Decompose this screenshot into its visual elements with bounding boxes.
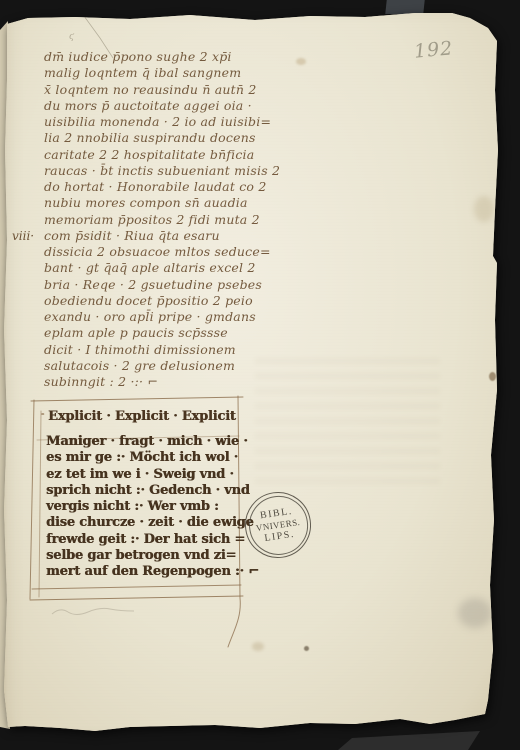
margin-numeral: viii·: [12, 229, 34, 243]
parchment-stain: [474, 196, 494, 222]
manuscript-page: 192 ϛ viii· dm̄ iudice p̄pono sughe 2 xp…: [0, 0, 520, 750]
latin-line: do hortat · Honorabile laudat co 2: [44, 179, 274, 195]
verse-line: vergis nicht :· Wer vmb :: [46, 499, 241, 515]
latin-line: salutacois · 2 gre delusionem: [44, 358, 274, 374]
parchment-stain: [252, 642, 264, 651]
latin-line: bant · gt q̄aq̄ aple altaris excel 2: [44, 260, 274, 276]
manuscript-photo: 192 ϛ viii· dm̄ iudice p̄pono sughe 2 xp…: [0, 0, 520, 750]
latin-line: caritate 2 2 hospitalitate bn̄ficia: [44, 147, 274, 163]
latin-line: dissicia 2 obsuacoe mltos seduce=: [44, 244, 274, 260]
latin-text-block: dm̄ iudice p̄pono sughe 2 xp̄i malig loq…: [44, 49, 274, 390]
latin-line: bria · Reqe · 2 gsuetudine psebes: [44, 277, 274, 293]
german-verse-block: Maniger · fragt · mich · wie · es mir ge…: [46, 434, 241, 581]
latin-line: obediendu docet p̄positio 2 peio: [44, 293, 274, 309]
page-wrapper: 192 ϛ viii· dm̄ iudice p̄pono sughe 2 xp…: [0, 0, 520, 750]
verse-line: sprich nicht :· Gedench · vnd: [46, 483, 241, 499]
explicit-header: Explicit · Explicit · Explicit: [48, 409, 240, 424]
latin-line: dicit · I thimothi dimissionem: [44, 342, 274, 358]
verse-line: selbe gar betrogen vnd zi=: [46, 548, 241, 564]
library-stamp: BIBL. VNIVERS. LIPS.: [241, 488, 316, 563]
latin-line: malig loqntem q̄ ibal sangnem: [44, 65, 274, 81]
latin-line: nubiu mores compon sn̄ auadia: [44, 195, 274, 211]
verse-line: es mir ge :· Möcht ich wol ·: [46, 450, 241, 466]
latin-line: eplam aple p paucis scp̄ssse: [44, 325, 274, 341]
pencil-mark: ϛ: [69, 32, 74, 42]
stamp-line: BIBL.: [259, 506, 293, 521]
verse-line: Maniger · fragt · mich · wie ·: [46, 434, 241, 450]
verse-line: ez tet im we i · Sweig vnd ·: [46, 467, 241, 483]
latin-line: memoriam p̄positos 2 fidi muta 2: [44, 212, 274, 228]
latin-line: com p̄sidit · Riua q̄ta esaru: [44, 228, 274, 244]
ink-stain: [296, 58, 306, 65]
folio-number: 192: [413, 37, 454, 62]
latin-line: dm̄ iudice p̄pono sughe 2 xp̄i: [44, 49, 274, 65]
latin-line: exandu · oro apl̄i pripe · gmdans: [44, 309, 274, 325]
verso-show-through: [255, 358, 440, 493]
latin-line: lia 2 nnobilia suspirandu docens: [44, 130, 274, 146]
latin-line: raucas · b̄t inctis subueniant misis 2: [44, 163, 274, 179]
smudge-stain: [458, 598, 492, 628]
verse-line: mert auf den Regenpogen :· ⌐: [46, 564, 241, 580]
latin-line: uisibilia monenda · 2 io ad iuisibi=: [44, 114, 274, 130]
verse-line: frewde geit :· Der hat sich =: [46, 532, 241, 548]
latin-line: du mors p̄ auctoitate aggei oia ·: [44, 98, 274, 114]
edge-nick-stain: [489, 372, 496, 381]
latin-line: x̄ loqntem no reausindu n̄ autn̄ 2: [44, 82, 274, 98]
stamp-line: LIPS.: [264, 529, 296, 544]
stamp-line: VNIVERS.: [255, 517, 300, 533]
latin-line: subinngit : 2 ·:· ⌐: [44, 374, 274, 390]
ink-speck: [304, 646, 309, 651]
verse-line: dise churcze · zeit · die ewige: [46, 515, 241, 531]
faint-pencil-annotation: [52, 608, 134, 614]
